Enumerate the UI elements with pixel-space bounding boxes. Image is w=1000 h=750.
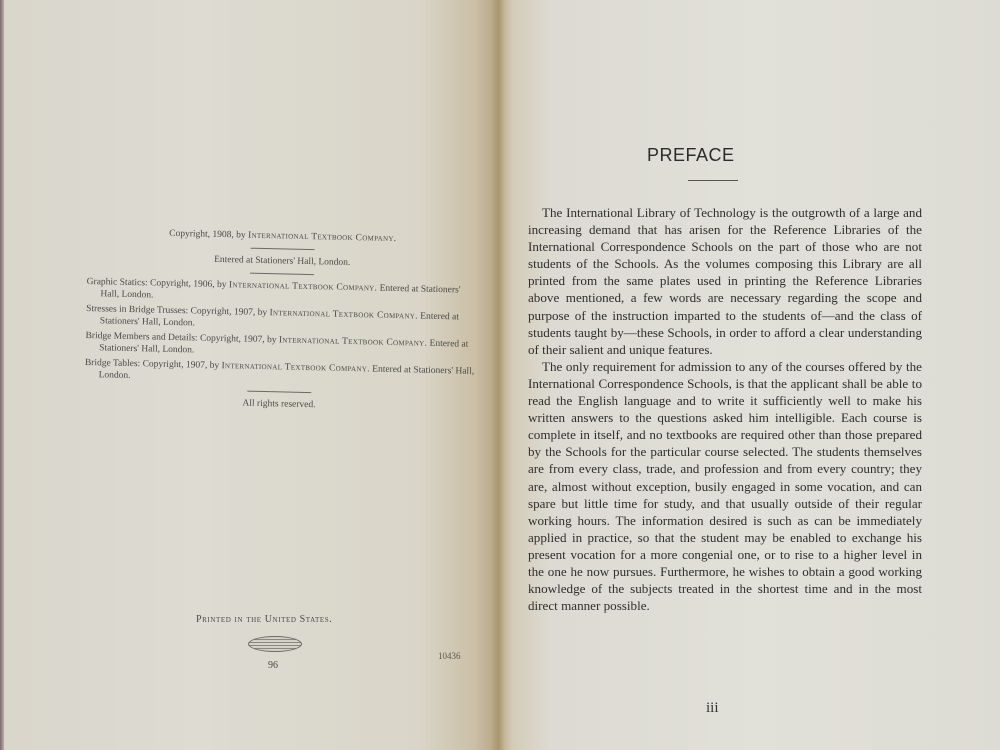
divider bbox=[247, 391, 311, 393]
copyright-entry: Bridge Tables: Copyright, 1907, by Inter… bbox=[84, 357, 474, 390]
entered-line: Entered at Stationers' Hall, London. bbox=[87, 251, 477, 272]
book-spread: Copyright, 1908, by International Textbo… bbox=[0, 0, 1000, 750]
printed-in-line: Printed in the United States. bbox=[196, 614, 332, 625]
page-number-right: iii bbox=[706, 700, 719, 717]
title-divider bbox=[688, 180, 738, 181]
copyright-block: Copyright, 1908, by International Textbo… bbox=[84, 226, 478, 415]
job-number: 10436 bbox=[438, 651, 461, 661]
copyright-line: Copyright, 1908, by International Textbo… bbox=[88, 226, 478, 247]
paragraph: The only requirement for admission to an… bbox=[528, 358, 922, 614]
page-number-left: 96 bbox=[268, 660, 278, 671]
divider bbox=[250, 273, 314, 275]
union-label-icon bbox=[248, 636, 302, 652]
preface-body: The International Library of Technology … bbox=[528, 204, 922, 614]
left-page: Copyright, 1908, by International Textbo… bbox=[4, 0, 494, 750]
book-gutter bbox=[492, 0, 514, 750]
rights-line: All rights reserved. bbox=[84, 394, 474, 415]
page-title: PREFACE bbox=[647, 145, 735, 166]
paragraph: The International Library of Technology … bbox=[528, 204, 922, 358]
divider bbox=[251, 248, 315, 250]
